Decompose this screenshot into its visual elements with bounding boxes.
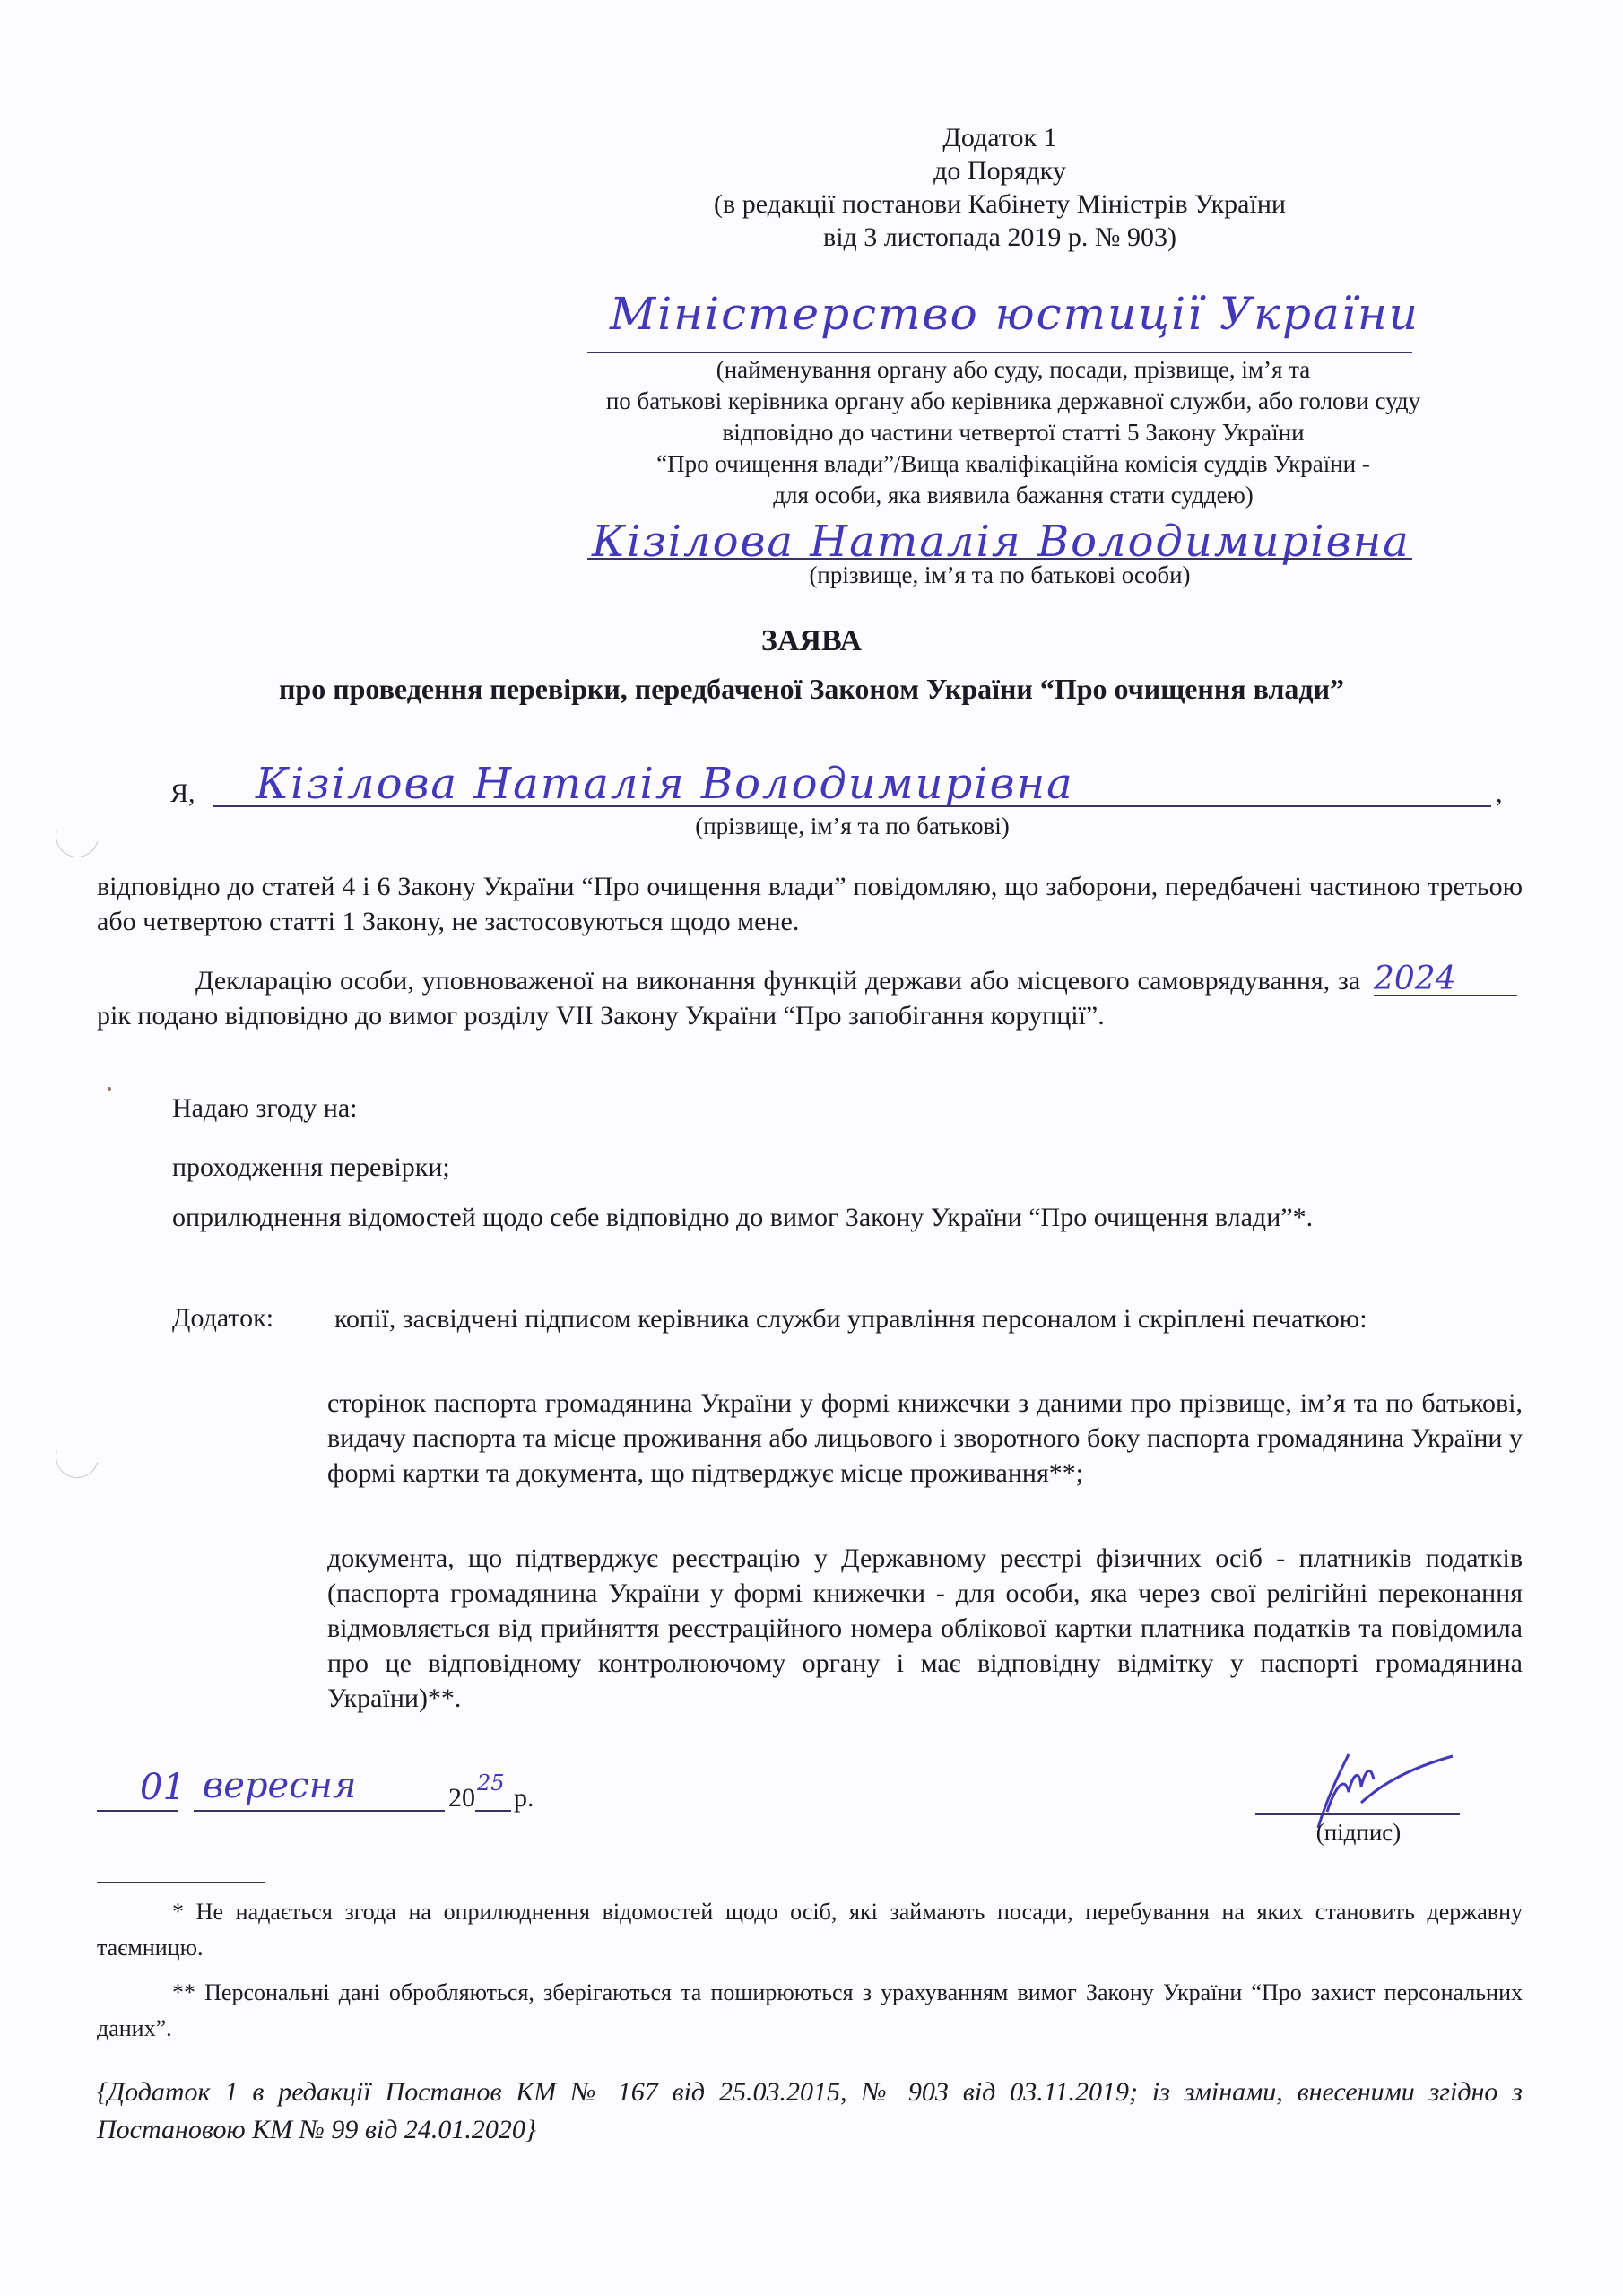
applicant-caption: (прізвище, ім’я та по батькові особи) [587,560,1412,591]
consent-intro: Надаю згоду на: [172,1091,357,1125]
addressee-caption: (найменування органу або суду, посади, п… [511,354,1515,511]
paragraph-2-part-2: рік подано відповідно до вимог розділу V… [97,1001,1105,1031]
header-line: (в редакції постанови Кабінету Міністрів… [610,187,1390,221]
footnote-2: ** Персональні дані обробляються, зберіг… [97,1975,1523,2047]
declaration-year-field: 2024 [1374,966,1517,996]
attachments-label: Додаток: [172,1301,273,1335]
statement-paragraph-2: Декларацію особи, уповноваженої на викон… [97,963,1523,1033]
footnote-separator [97,1882,265,1883]
statement-underline [213,805,1491,807]
scan-speck [108,1087,111,1091]
punch-hole-mark [48,806,107,865]
date-year-prefix: 20 [448,1781,475,1814]
attachment-item: документа, що підтверджує реєстрацію у Д… [327,1541,1523,1716]
document-subtitle: про проведення перевірки, передбаченої З… [81,671,1542,707]
date-year-underline [475,1810,511,1812]
statement-prefix: Я, [170,777,195,810]
paragraph-2-part-1: Декларацію особи, уповноваженої на викон… [97,966,1360,996]
caption-line: по батькові керівника органу або керівни… [511,386,1515,417]
caption-line: “Про очищення влади”/Вища кваліфікаційна… [511,448,1515,480]
caption-line: (найменування органу або суду, посади, п… [511,354,1515,386]
header-line: до Порядку [610,154,1390,187]
caption-line: для особи, яка виявила бажання стати суд… [511,480,1515,511]
header-line: від 3 листопада 2019 р. № 903) [610,221,1390,254]
statement-suffix: , [1496,777,1503,810]
statement-name-caption: (прізвище, ім’я та по батькові) [213,811,1491,842]
addressee-handwritten: Міністерство юстиції України [610,287,1419,341]
document-title: ЗАЯВА [0,623,1623,659]
date-month-handwritten: вересня [203,1765,356,1806]
editorial-note: {Додаток 1 в редакції Постанов КМ № 167 … [97,2074,1523,2149]
date-day-underline [97,1810,178,1812]
consent-item: оприлюднення відомостей щодо себе відпов… [97,1200,1523,1235]
date-day-handwritten: 01 [140,1767,186,1808]
consent-item: проходження перевірки; [172,1151,450,1184]
statement-paragraph-1: відповідно до статей 4 і 6 Закону Україн… [97,869,1523,939]
date-month-underline [194,1810,445,1812]
attachment-item: копії, засвідчені підписом керівника слу… [327,1301,1523,1336]
footnote-1: * Не надається згода на оприлюднення від… [97,1894,1523,1966]
date-year-unit: р. [514,1781,534,1814]
caption-line: відповідно до частини четвертої статті 5… [511,417,1515,448]
date-year-handwritten: 25 [477,1770,505,1796]
punch-hole-mark [48,1427,107,1486]
signature-underline [1255,1813,1460,1815]
declaration-year-handwritten: 2024 [1374,961,1456,997]
header-line: Додаток 1 [610,121,1390,154]
document-page: Додаток 1 до Порядку (в редакції постано… [0,0,1623,2296]
addressee-underline [587,352,1412,353]
signature-caption: (підпис) [1255,1817,1462,1848]
statement-handwritten-name: Кізілова Наталія Володимирівна [256,758,1074,810]
attachment-item: сторінок паспорта громадянина України у … [327,1386,1523,1491]
header-block: Додаток 1 до Порядку (в редакції постано… [610,121,1390,254]
signature-block: (підпис) [1255,1749,1462,1848]
